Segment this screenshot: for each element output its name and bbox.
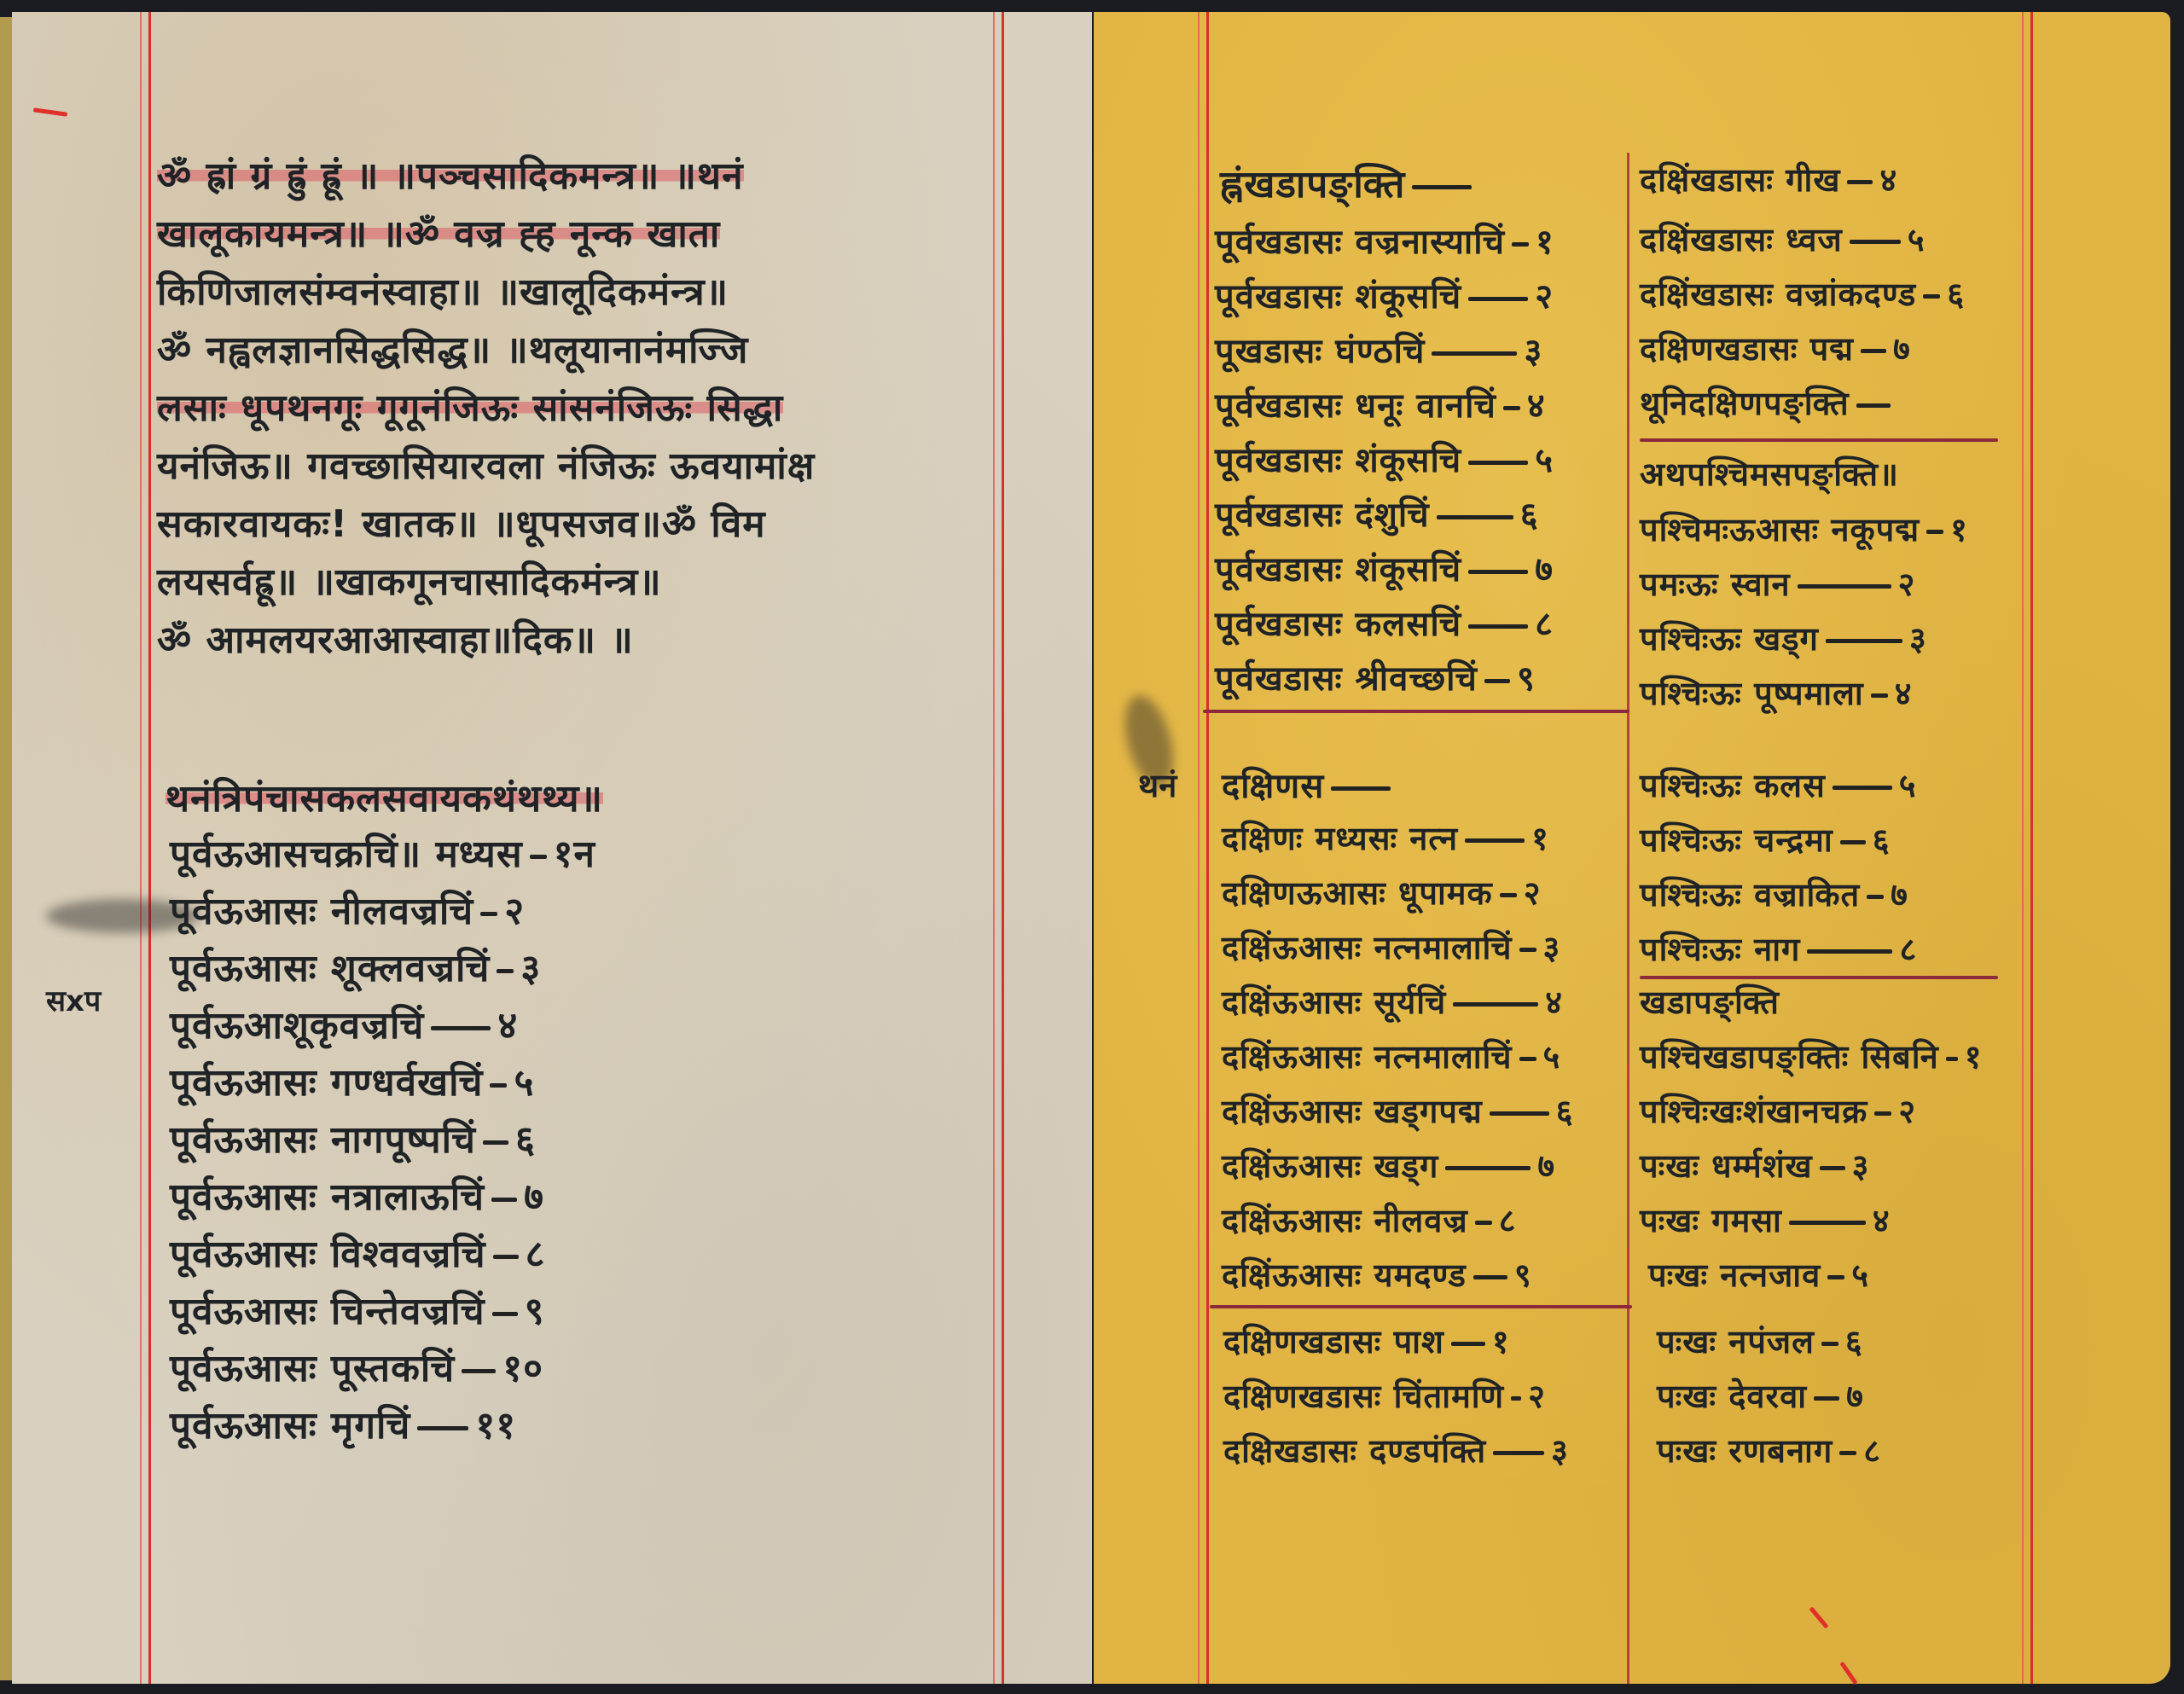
list-item: पूर्वखडासः कलसचिं८ <box>1215 599 1554 646</box>
section-divider <box>1210 1305 1632 1308</box>
section-heading: दक्षिणस <box>1222 761 1397 808</box>
list-item: पश्चिःऊः खड्ग३ <box>1640 616 1927 660</box>
list-item: पूर्वखडासः शंकूसचि५ <box>1215 435 1554 482</box>
text-line: ॐ ह्रां ग्रं ह्रुं ह्रूं ॥ ॥पञ्चसादिकमन्… <box>157 148 744 200</box>
list-item: दक्षिणखडासः पाश१ <box>1223 1319 1510 1363</box>
list-item: पःखः रणबनाग८ <box>1657 1428 1881 1472</box>
list-item: पूर्वखडासः दंशुचिं६ <box>1215 490 1539 537</box>
list-item: दक्षिंऊआसः नीलवज्र८ <box>1222 1198 1517 1242</box>
list-item: पःखः गमसा४ <box>1640 1198 1891 1242</box>
list-item: पश्चिःखःशंखानचक्र२ <box>1640 1088 1916 1133</box>
list-item: पूर्वऊआसः शूक्लवज्रचिं३ <box>170 941 541 992</box>
text-line: किणिजालसंम्वनंस्वाहा॥ ॥खालूदिकमंन्त्र॥ <box>157 264 729 316</box>
list-item: पःखः नत्नजाव५ <box>1648 1252 1869 1297</box>
list-item: दक्षिंखडासः वज्रांकदण्ड६ <box>1640 271 1965 316</box>
list-item: दक्षिंऊआसः सूर्यचिं४ <box>1222 979 1563 1024</box>
list-item: पश्चिःऊः नाग८ <box>1640 926 1917 971</box>
list-item: पूर्वऊआसः पूस्तकचिं१० <box>170 1341 543 1392</box>
list-item: पश्चिःऊः कलस५ <box>1640 763 1917 807</box>
list-item: पूखडासः घंण्ठचिं३ <box>1215 326 1542 373</box>
section-heading: थनंत्रिपंचासकलसवायकथंथथ्य॥ <box>166 771 603 822</box>
list-item: पश्चिमःऊआसः नकूपद्म१ <box>1640 507 1968 551</box>
list-item: दक्षिंऊआसः यमदण्ड९ <box>1222 1252 1532 1297</box>
list-item: पूर्वऊआसः नागपूष्पचिं६ <box>170 1112 536 1163</box>
list-item: पूर्वऊआसः चिन्तेवज्रचिं९ <box>170 1284 544 1335</box>
list-item: पूर्वखडासः धनूः वानचिं४ <box>1215 380 1546 427</box>
list-item: दक्षिंऊआसः नत्नमालाचिं३ <box>1222 925 1560 969</box>
list-item: पश्चिःऊः पूष्पमाला४ <box>1640 670 1912 715</box>
list-item: पमःऊः स्वान२ <box>1640 561 1915 606</box>
list-item: पूर्वऊआसः गण्धर्वखचिं५ <box>170 1055 534 1106</box>
list-item: दक्षिंऊआसः खड्ग७ <box>1222 1143 1555 1187</box>
right-page-ruling-inner <box>1198 12 1199 1684</box>
section-divider <box>1640 438 1998 442</box>
list-item: दक्षिंखडासः ध्वज५ <box>1640 217 1926 261</box>
list-item: पःखः धर्म्मशंख३ <box>1640 1143 1869 1187</box>
list-item: पूर्वखडासः शंकूसचिं२ <box>1215 271 1554 318</box>
list-item: पूर्वऊआसः विश्ववज्रचिं८ <box>170 1227 546 1278</box>
list-item: दक्षिखडासः दण्डपंक्ति३ <box>1223 1428 1569 1472</box>
list-item: पूर्वऊआसः नीलवज्रचिं२ <box>170 884 525 935</box>
section-heading: ह्नंखडापङ्क्ति <box>1220 157 1478 208</box>
column-divider <box>1627 153 1629 1684</box>
left-page-ruling-right-inner <box>993 12 995 1684</box>
red-mark <box>1839 1662 1857 1685</box>
section-heading: खडापङ्क्ति <box>1640 979 1780 1024</box>
left-page: ॐ ह्रां ग्रं ह्रुं ह्रूं ॥ ॥पञ्चसादिकमन्… <box>12 12 1092 1684</box>
list-item: पःखः देवरवा७ <box>1657 1373 1864 1418</box>
left-page-ruling-right <box>1002 12 1004 1684</box>
list-item: दक्षिंखडासः गीख४ <box>1640 157 1897 201</box>
text-line: लयसर्वह्रू॥ ॥खाकगूनचासादिकमंन्त्र॥ <box>157 554 662 606</box>
list-item: पूर्वऊआसचक्रचिं॥ मध्यस१न <box>170 827 595 878</box>
list-item: पूर्वऊआसः मृगचिं११ <box>170 1398 516 1449</box>
list-item: दक्षिणऊआसः धूपामक२ <box>1222 870 1541 914</box>
book-edge-left <box>0 17 12 1680</box>
list-item: पूर्वऊआसः नत्रालाऊचिं७ <box>170 1169 544 1221</box>
list-item: पश्चिखडापङ्क्तिः सिबनि१ <box>1640 1034 1982 1078</box>
text-line: ॐ आमलयरआआस्वाहा॥दिक॥ ॥ <box>157 612 634 664</box>
list-item: दक्षिणः मध्यसः नत्न१ <box>1222 815 1549 860</box>
list-item: दक्षिणखडासः पद्म७ <box>1640 326 1911 370</box>
left-page-ruling-inner <box>140 12 142 1684</box>
list-item: दक्षिंऊआसः नत्नमालाचिं५ <box>1222 1034 1560 1078</box>
section-closing: थूनिदक्षिणपङ्क्ति <box>1640 380 1897 425</box>
list-item: पूर्वऊआशूकृवज्रचिं४ <box>170 998 518 1049</box>
list-item: पूर्वखडासः श्रीवच्छचिं९ <box>1215 653 1536 700</box>
margin-note: सxप <box>46 980 101 1019</box>
list-item: पःखः नपंजल६ <box>1657 1319 1863 1363</box>
section-divider <box>1203 710 1629 713</box>
text-line: यनंजिऊ॥ गवच्छासियारवला नंजिऊः ऊवयामांक्ष <box>157 438 815 490</box>
red-mark <box>33 107 67 117</box>
right-page-ruling-right <box>2030 12 2033 1684</box>
list-item: दक्षिणखडासः चिंतामणि२ <box>1223 1373 1546 1418</box>
list-item: दक्षिंऊआसः खड्गपद्म६ <box>1222 1088 1574 1133</box>
right-page-ruling-left <box>1206 12 1209 1684</box>
list-item: पश्चिःऊः चन्द्रमा६ <box>1640 817 1891 862</box>
left-page-ruling-left <box>148 12 151 1684</box>
list-item: पूर्वखडासः शंकूसचिं७ <box>1215 544 1554 591</box>
text-line: खालूकायमन्त्र॥ ॥ॐ वज्र ह्ह नून्क खाता <box>157 206 720 258</box>
right-page: ह्नंखडापङ्क्ति पूर्वखडासः वज्रनास्याचिं१… <box>1094 12 2170 1684</box>
list-item: पश्चिःऊः वज्राकित७ <box>1640 872 1908 916</box>
section-heading: अथपश्चिमसपङ्क्ति॥ <box>1640 451 1899 496</box>
right-page-ruling-right-inner <box>2022 12 2024 1684</box>
list-item: पूर्वखडासः वज्रनास्याचिं१ <box>1215 217 1554 264</box>
text-line: सकारवायकः! खातक॥ ॥धूपसजव॥ॐ विम <box>157 496 766 548</box>
margin-note: थनं <box>1138 763 1176 807</box>
text-line: लसाः धूपथनगूः गूगूनंजिऊः सांसनंजिऊः सिद्… <box>157 380 783 432</box>
text-line: ॐ नह्वलज्ञानसिद्धसिद्ध॥ ॥थलूयानानंमज्जि <box>157 322 748 374</box>
red-mark <box>1809 1606 1828 1628</box>
